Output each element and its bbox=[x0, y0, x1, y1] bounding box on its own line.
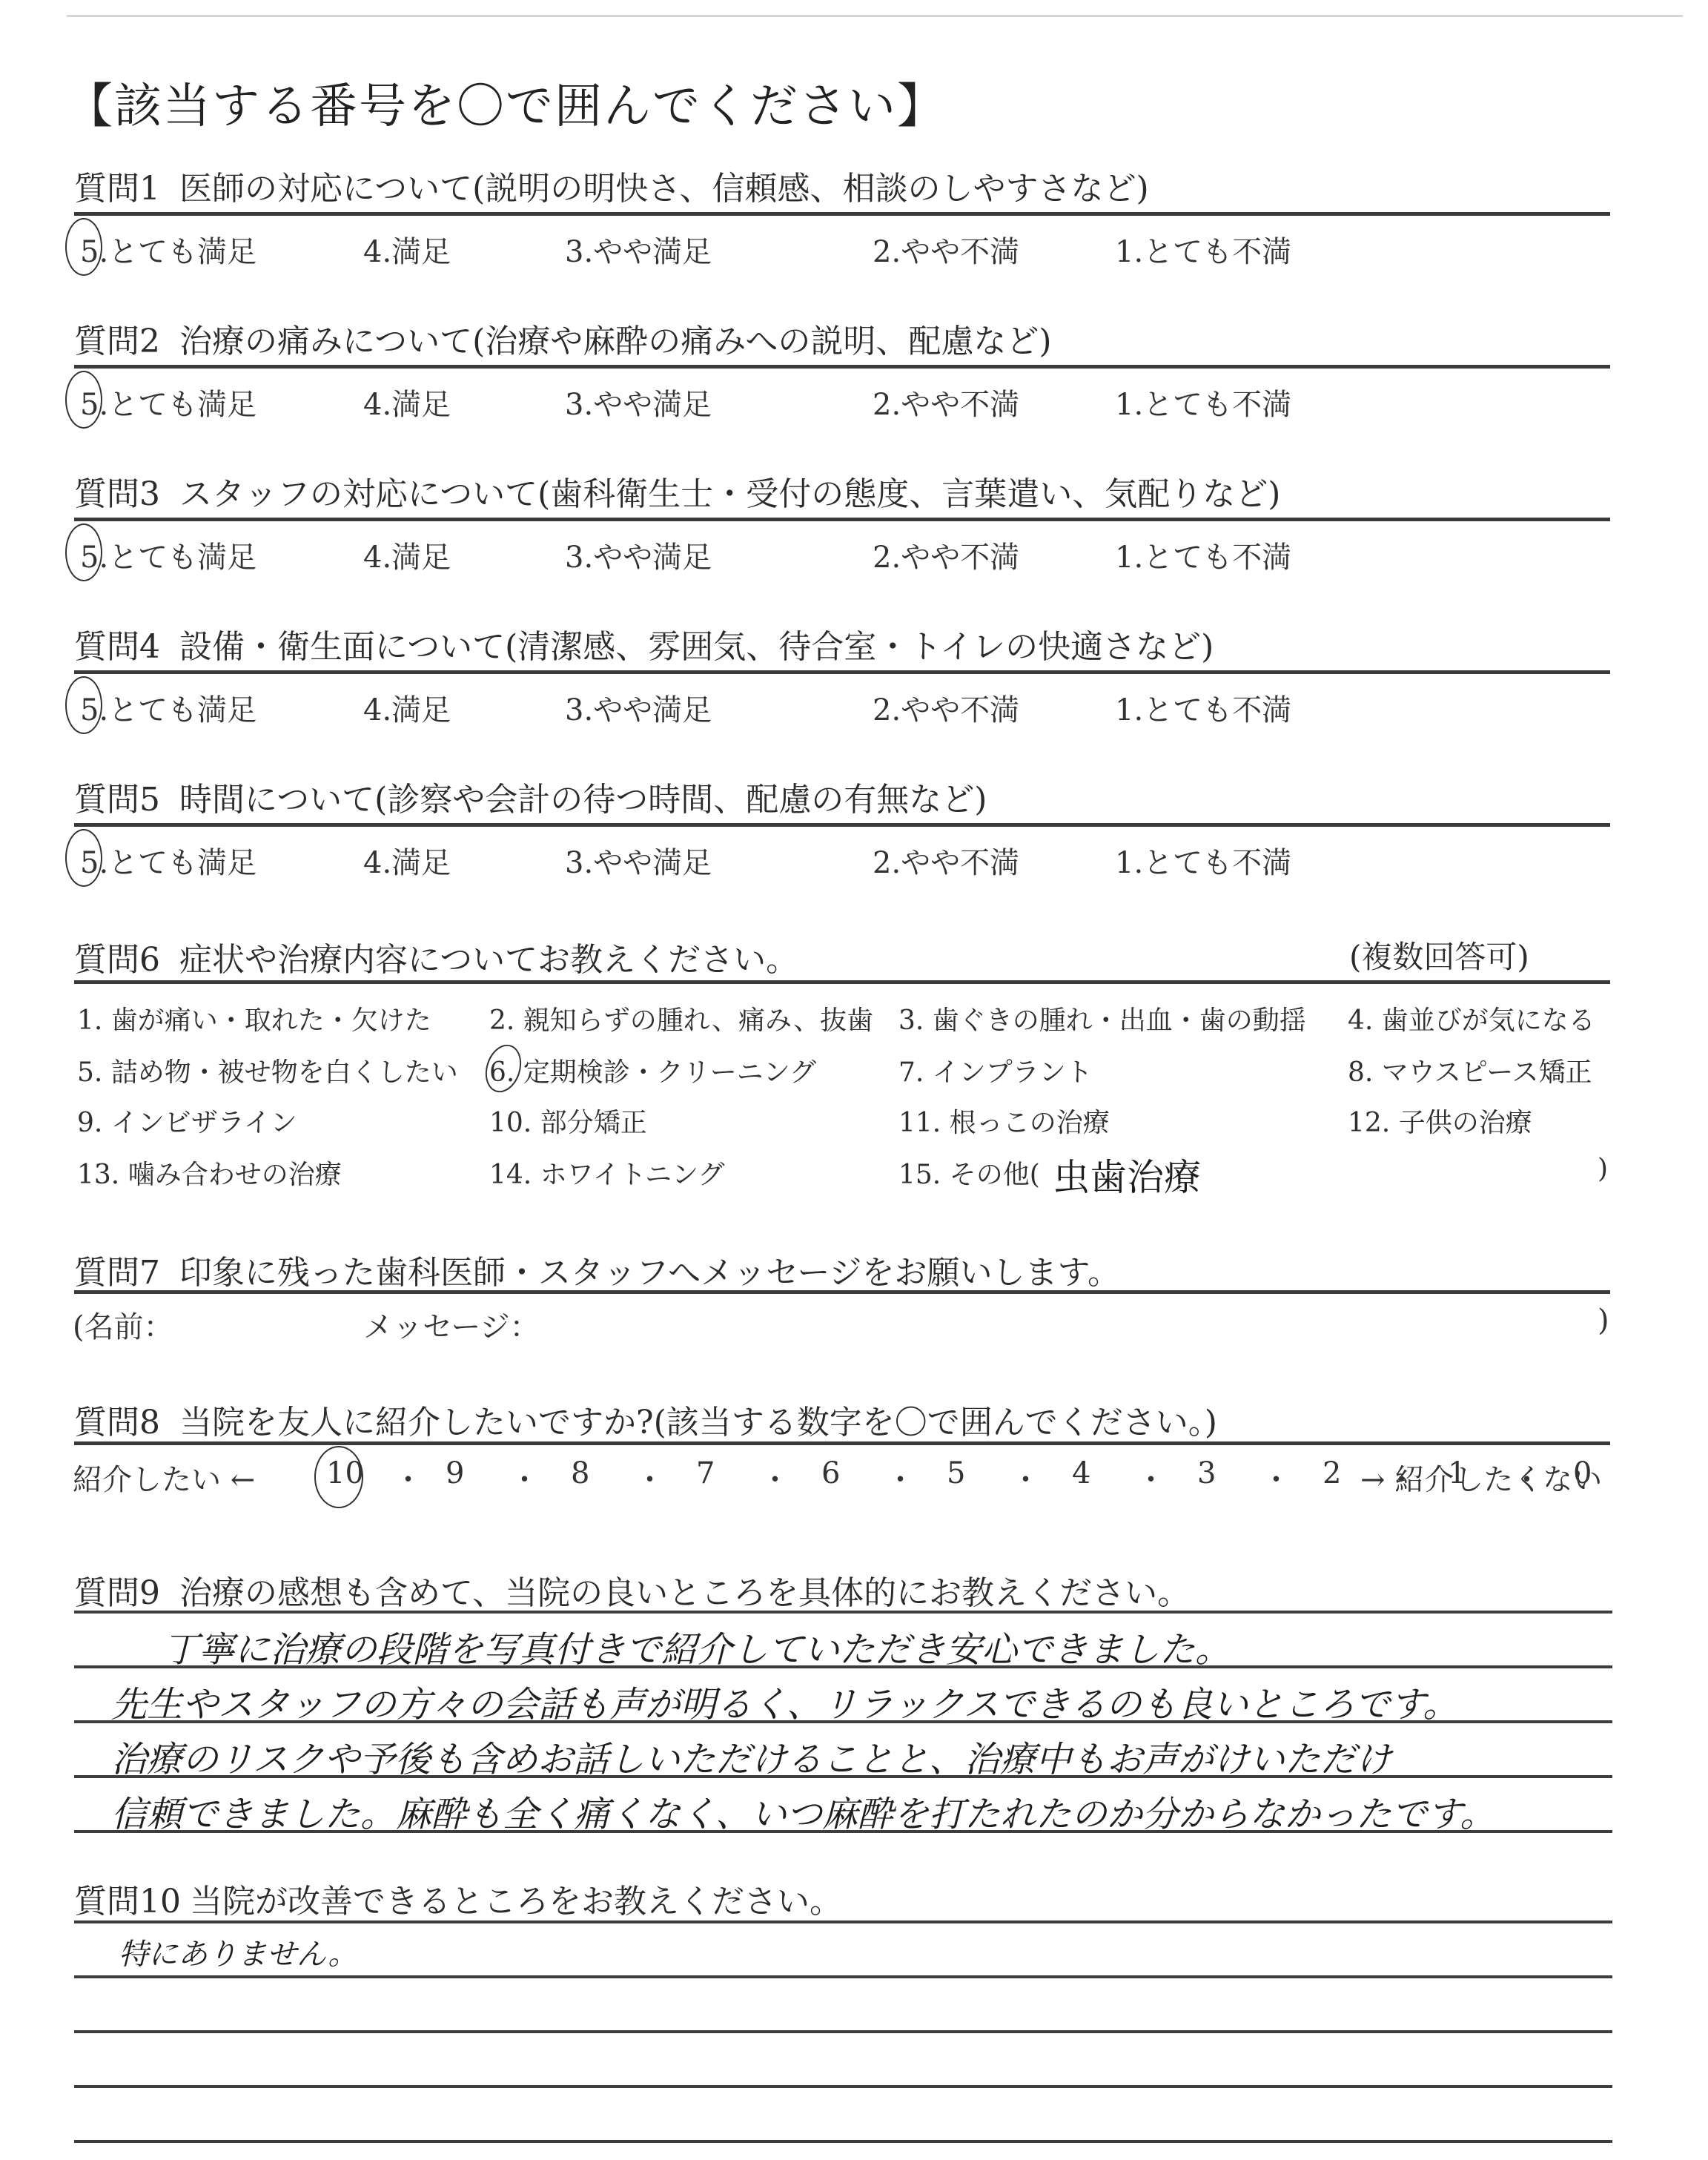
q7-rule bbox=[74, 1290, 1610, 1294]
q6-option-15[interactable]: 15. その他( bbox=[898, 1154, 1040, 1192]
q8-heading: 質問8当院を友人に紹介したいですか?(該当する数字を〇で囲んでください。) bbox=[74, 1396, 1217, 1443]
q3-option-4[interactable]: 4.満足 bbox=[363, 534, 451, 576]
q2-option-5[interactable]: 5.とても満足 bbox=[80, 381, 256, 423]
q1-rule bbox=[74, 212, 1610, 216]
q6-option-9[interactable]: 9. インビザライン bbox=[77, 1102, 297, 1140]
q2-selected-circle bbox=[65, 371, 102, 429]
q6-option-14[interactable]: 14. ホワイトニング bbox=[489, 1154, 724, 1192]
q8-right-label: → 紹介したくない bbox=[1360, 1456, 1602, 1499]
q4-number: 質問4 bbox=[74, 628, 160, 666]
q8-text: 当院を友人に紹介したいですか?(該当する数字を〇で囲んでください。) bbox=[179, 1404, 1217, 1441]
q1-option-4[interactable]: 4.満足 bbox=[363, 228, 451, 271]
q3-heading: 質問3スタッフの対応について(歯科衛生士・受付の態度、言葉遣い、気配りなど) bbox=[74, 467, 1280, 515]
q6-option-10[interactable]: 10. 部分矯正 bbox=[489, 1102, 647, 1140]
q8-separator-dot: ・ bbox=[1011, 1456, 1041, 1499]
q1-options: 5.とても満足4.満足3.やや満足2.やや不満1.とても不満 bbox=[0, 228, 1708, 265]
q9-answer-line-2[interactable]: 先生やスタッフの方々の会話も声が明るく、リラックスできるのも良いところです。 bbox=[111, 1676, 1458, 1727]
q1-number: 質問1 bbox=[74, 170, 160, 208]
q8-separator-dot: ・ bbox=[1262, 1456, 1291, 1499]
q4-heading: 質問4設備・衛生面について(清潔感、雰囲気、待合室・トイレの快適さなど) bbox=[74, 620, 1214, 667]
q2-option-4[interactable]: 4.満足 bbox=[363, 381, 451, 423]
q3-options: 5.とても満足4.満足3.やや満足2.やや不満1.とても不満 bbox=[0, 534, 1708, 571]
q6-option-13[interactable]: 13. 噛み合わせの治療 bbox=[77, 1154, 342, 1192]
q2-options: 5.とても満足4.満足3.やや満足2.やや不満1.とても不満 bbox=[0, 381, 1708, 418]
q6-text: 症状や治療内容についてお教えください。 bbox=[179, 941, 798, 979]
q6-option-8[interactable]: 8. マウスピース矯正 bbox=[1348, 1051, 1592, 1089]
q6-option-4[interactable]: 4. 歯並びが気になる bbox=[1348, 1000, 1595, 1037]
q5-text: 時間について(診察や会計の待つ時間、配慮の有無など) bbox=[179, 781, 987, 819]
q1-option-1[interactable]: 1.とても不満 bbox=[1115, 228, 1291, 271]
q2-heading: 質問2治療の痛みについて(治療や麻酔の痛みへの説明、配慮など) bbox=[74, 314, 1052, 362]
q9-number: 質問9 bbox=[74, 1574, 160, 1612]
q4-option-3[interactable]: 3.やや満足 bbox=[565, 687, 712, 729]
q10-ruled-line bbox=[74, 2030, 1612, 2033]
q8-rule bbox=[74, 1441, 1610, 1445]
q8-score-2[interactable]: 2 bbox=[1323, 1456, 1341, 1490]
q8-score-8[interactable]: 8 bbox=[571, 1456, 589, 1490]
q10-heading: 質問10当院が改善できるところをお教えください。 bbox=[74, 1875, 842, 1922]
q8-separator-dot: ・ bbox=[886, 1456, 916, 1499]
q2-text: 治療の痛みについて(治療や麻酔の痛みへの説明、配慮など) bbox=[179, 323, 1052, 360]
q8-score-9[interactable]: 9 bbox=[446, 1456, 464, 1490]
q9-text: 治療の感想も含めて、当院の良いところを具体的にお教えください。 bbox=[179, 1574, 1190, 1612]
q5-option-4[interactable]: 4.満足 bbox=[363, 839, 451, 882]
q6-option-2[interactable]: 2. 親知らずの腫れ、痛み、抜歯 bbox=[489, 1000, 873, 1037]
q5-option-1[interactable]: 1.とても不満 bbox=[1115, 839, 1291, 882]
q7-name-label: (名前： bbox=[73, 1304, 173, 1346]
q5-number: 質問5 bbox=[74, 781, 160, 819]
q10-ruled-line bbox=[74, 1920, 1612, 1923]
q8-separator-dot: ・ bbox=[635, 1456, 665, 1499]
q8-separator-dot: ・ bbox=[394, 1456, 423, 1499]
q9-ruled-line bbox=[74, 1611, 1612, 1614]
q3-selected-circle bbox=[65, 524, 102, 581]
q4-option-2[interactable]: 2.やや不満 bbox=[873, 687, 1019, 729]
q1-option-3[interactable]: 3.やや満足 bbox=[565, 228, 712, 271]
q8-separator-dot: ・ bbox=[1136, 1456, 1166, 1499]
q3-number: 質問3 bbox=[74, 475, 160, 513]
q2-rule bbox=[74, 365, 1610, 369]
q5-selected-circle bbox=[65, 829, 102, 887]
form-title: 【該当する番号を〇で囲んでください】 bbox=[65, 68, 946, 136]
q8-score-4[interactable]: 4 bbox=[1072, 1456, 1090, 1490]
q6-option-3[interactable]: 3. 歯ぐきの腫れ・出血・歯の動揺 bbox=[898, 1000, 1306, 1037]
q6-option-11[interactable]: 11. 根っこの治療 bbox=[898, 1102, 1110, 1140]
q3-option-2[interactable]: 2.やや不満 bbox=[873, 534, 1019, 576]
q1-heading: 質問1医師の対応について(説明の明快さ、信頼感、相談のしやすさなど) bbox=[74, 162, 1149, 209]
q7-message-label: メッセージ： bbox=[363, 1304, 540, 1346]
q8-score-5[interactable]: 5 bbox=[947, 1456, 965, 1490]
q1-option-5[interactable]: 5.とても満足 bbox=[80, 228, 256, 271]
q10-text: 当院が改善できるところをお教えください。 bbox=[190, 1883, 842, 1920]
q8-separator-dot: ・ bbox=[761, 1456, 790, 1499]
q6-other-close-paren: ) bbox=[1598, 1154, 1608, 1184]
q3-rule bbox=[74, 518, 1610, 521]
q5-option-5[interactable]: 5.とても満足 bbox=[80, 839, 256, 882]
q6-option-5[interactable]: 5. 詰め物・被せ物を白くしたい bbox=[77, 1051, 458, 1089]
q8-score-6[interactable]: 6 bbox=[821, 1456, 840, 1490]
q5-options: 5.とても満足4.満足3.やや満足2.やや不満1.とても不満 bbox=[0, 839, 1708, 876]
q6-heading: 質問6症状や治療内容についてお教えください。 bbox=[74, 933, 798, 980]
q6-option-6[interactable]: 6. 定期検診・クリーニング bbox=[489, 1051, 816, 1089]
q4-options: 5.とても満足4.満足3.やや満足2.やや不満1.とても不満 bbox=[0, 687, 1708, 724]
q6-option-1[interactable]: 1. 歯が痛い・取れた・欠けた bbox=[77, 1000, 431, 1037]
q4-option-1[interactable]: 1.とても不満 bbox=[1115, 687, 1291, 729]
q7-close-paren: ) bbox=[1598, 1304, 1609, 1338]
q6-rule bbox=[74, 980, 1610, 984]
q8-score-3[interactable]: 3 bbox=[1197, 1456, 1216, 1490]
q8-separator-dot: ・ bbox=[510, 1456, 540, 1499]
q6-multi-note: (複数回答可) bbox=[1349, 933, 1529, 977]
q2-number: 質問2 bbox=[74, 323, 160, 360]
q7-heading: 質問7印象に残った歯科医師・スタッフへメッセージをお願いします。 bbox=[74, 1246, 1120, 1293]
q10-ruled-line bbox=[74, 1975, 1612, 1978]
q5-heading: 質問5時間について(診察や会計の待つ時間、配慮の有無など) bbox=[74, 773, 987, 820]
q10-ruled-line bbox=[74, 2085, 1612, 2088]
q4-text: 設備・衛生面について(清潔感、雰囲気、待合室・トイレの快適さなど) bbox=[179, 628, 1214, 666]
q4-rule bbox=[74, 670, 1610, 674]
q1-selected-circle bbox=[65, 218, 102, 276]
q6-other-answer[interactable]: 虫歯治療 bbox=[1053, 1148, 1201, 1201]
q2-option-3[interactable]: 3.やや満足 bbox=[565, 381, 712, 423]
q2-option-2[interactable]: 2.やや不満 bbox=[873, 381, 1019, 423]
q3-option-5[interactable]: 5.とても満足 bbox=[80, 534, 256, 576]
q9-heading: 質問9治療の感想も含めて、当院の良いところを具体的にお教えください。 bbox=[74, 1566, 1190, 1614]
q10-number: 質問10 bbox=[74, 1883, 181, 1920]
q8-score-7[interactable]: 7 bbox=[696, 1456, 715, 1490]
q5-rule bbox=[74, 823, 1610, 827]
q7-message-field[interactable] bbox=[549, 1304, 1586, 1338]
q3-option-1[interactable]: 1.とても不満 bbox=[1115, 534, 1291, 576]
q7-name-field[interactable] bbox=[222, 1304, 348, 1338]
q8-selected-circle bbox=[314, 1446, 363, 1508]
q2-option-1[interactable]: 1.とても不満 bbox=[1115, 381, 1291, 423]
q5-option-2[interactable]: 2.やや不満 bbox=[873, 839, 1019, 882]
q4-option-5[interactable]: 5.とても満足 bbox=[80, 687, 256, 729]
q6-number: 質問6 bbox=[74, 941, 160, 979]
q9-answer-line-4[interactable]: 信頼できました。麻酔も全く痛くなく、いつ麻酔を打たれたのか分からなかったです。 bbox=[111, 1786, 1495, 1837]
q8-number: 質問8 bbox=[74, 1404, 160, 1441]
q4-selected-circle bbox=[65, 676, 102, 734]
q10-ruled-line bbox=[74, 2140, 1612, 2143]
q5-option-3[interactable]: 3.やや満足 bbox=[565, 839, 712, 882]
top-border bbox=[67, 15, 1683, 17]
q3-option-3[interactable]: 3.やや満足 bbox=[565, 534, 712, 576]
q10-answer-line-1[interactable]: 特にありません。 bbox=[119, 1931, 357, 1973]
q9-answer-line-1[interactable]: 丁寧に治療の段階を写真付きで紹介していただき安心できました。 bbox=[163, 1621, 1231, 1672]
q7-number: 質問7 bbox=[74, 1254, 160, 1292]
q3-text: スタッフの対応について(歯科衛生士・受付の態度、言葉遣い、気配りなど) bbox=[179, 475, 1280, 513]
q1-text: 医師の対応について(説明の明快さ、信頼感、相談のしやすさなど) bbox=[179, 170, 1149, 208]
q6-option-7[interactable]: 7. インプラント bbox=[898, 1051, 1093, 1089]
q1-option-2[interactable]: 2.やや不満 bbox=[873, 228, 1019, 271]
q6-option-12[interactable]: 12. 子供の治療 bbox=[1348, 1102, 1532, 1140]
q4-option-4[interactable]: 4.満足 bbox=[363, 687, 451, 729]
q8-left-label: 紹介したい ← bbox=[73, 1456, 255, 1499]
q9-answer-line-3[interactable]: 治療のリスクや予後も含めお話しいただけることと、治療中もお声がけいただけ bbox=[111, 1731, 1391, 1782]
q7-text: 印象に残った歯科医師・スタッフへメッセージをお願いします。 bbox=[179, 1254, 1120, 1292]
